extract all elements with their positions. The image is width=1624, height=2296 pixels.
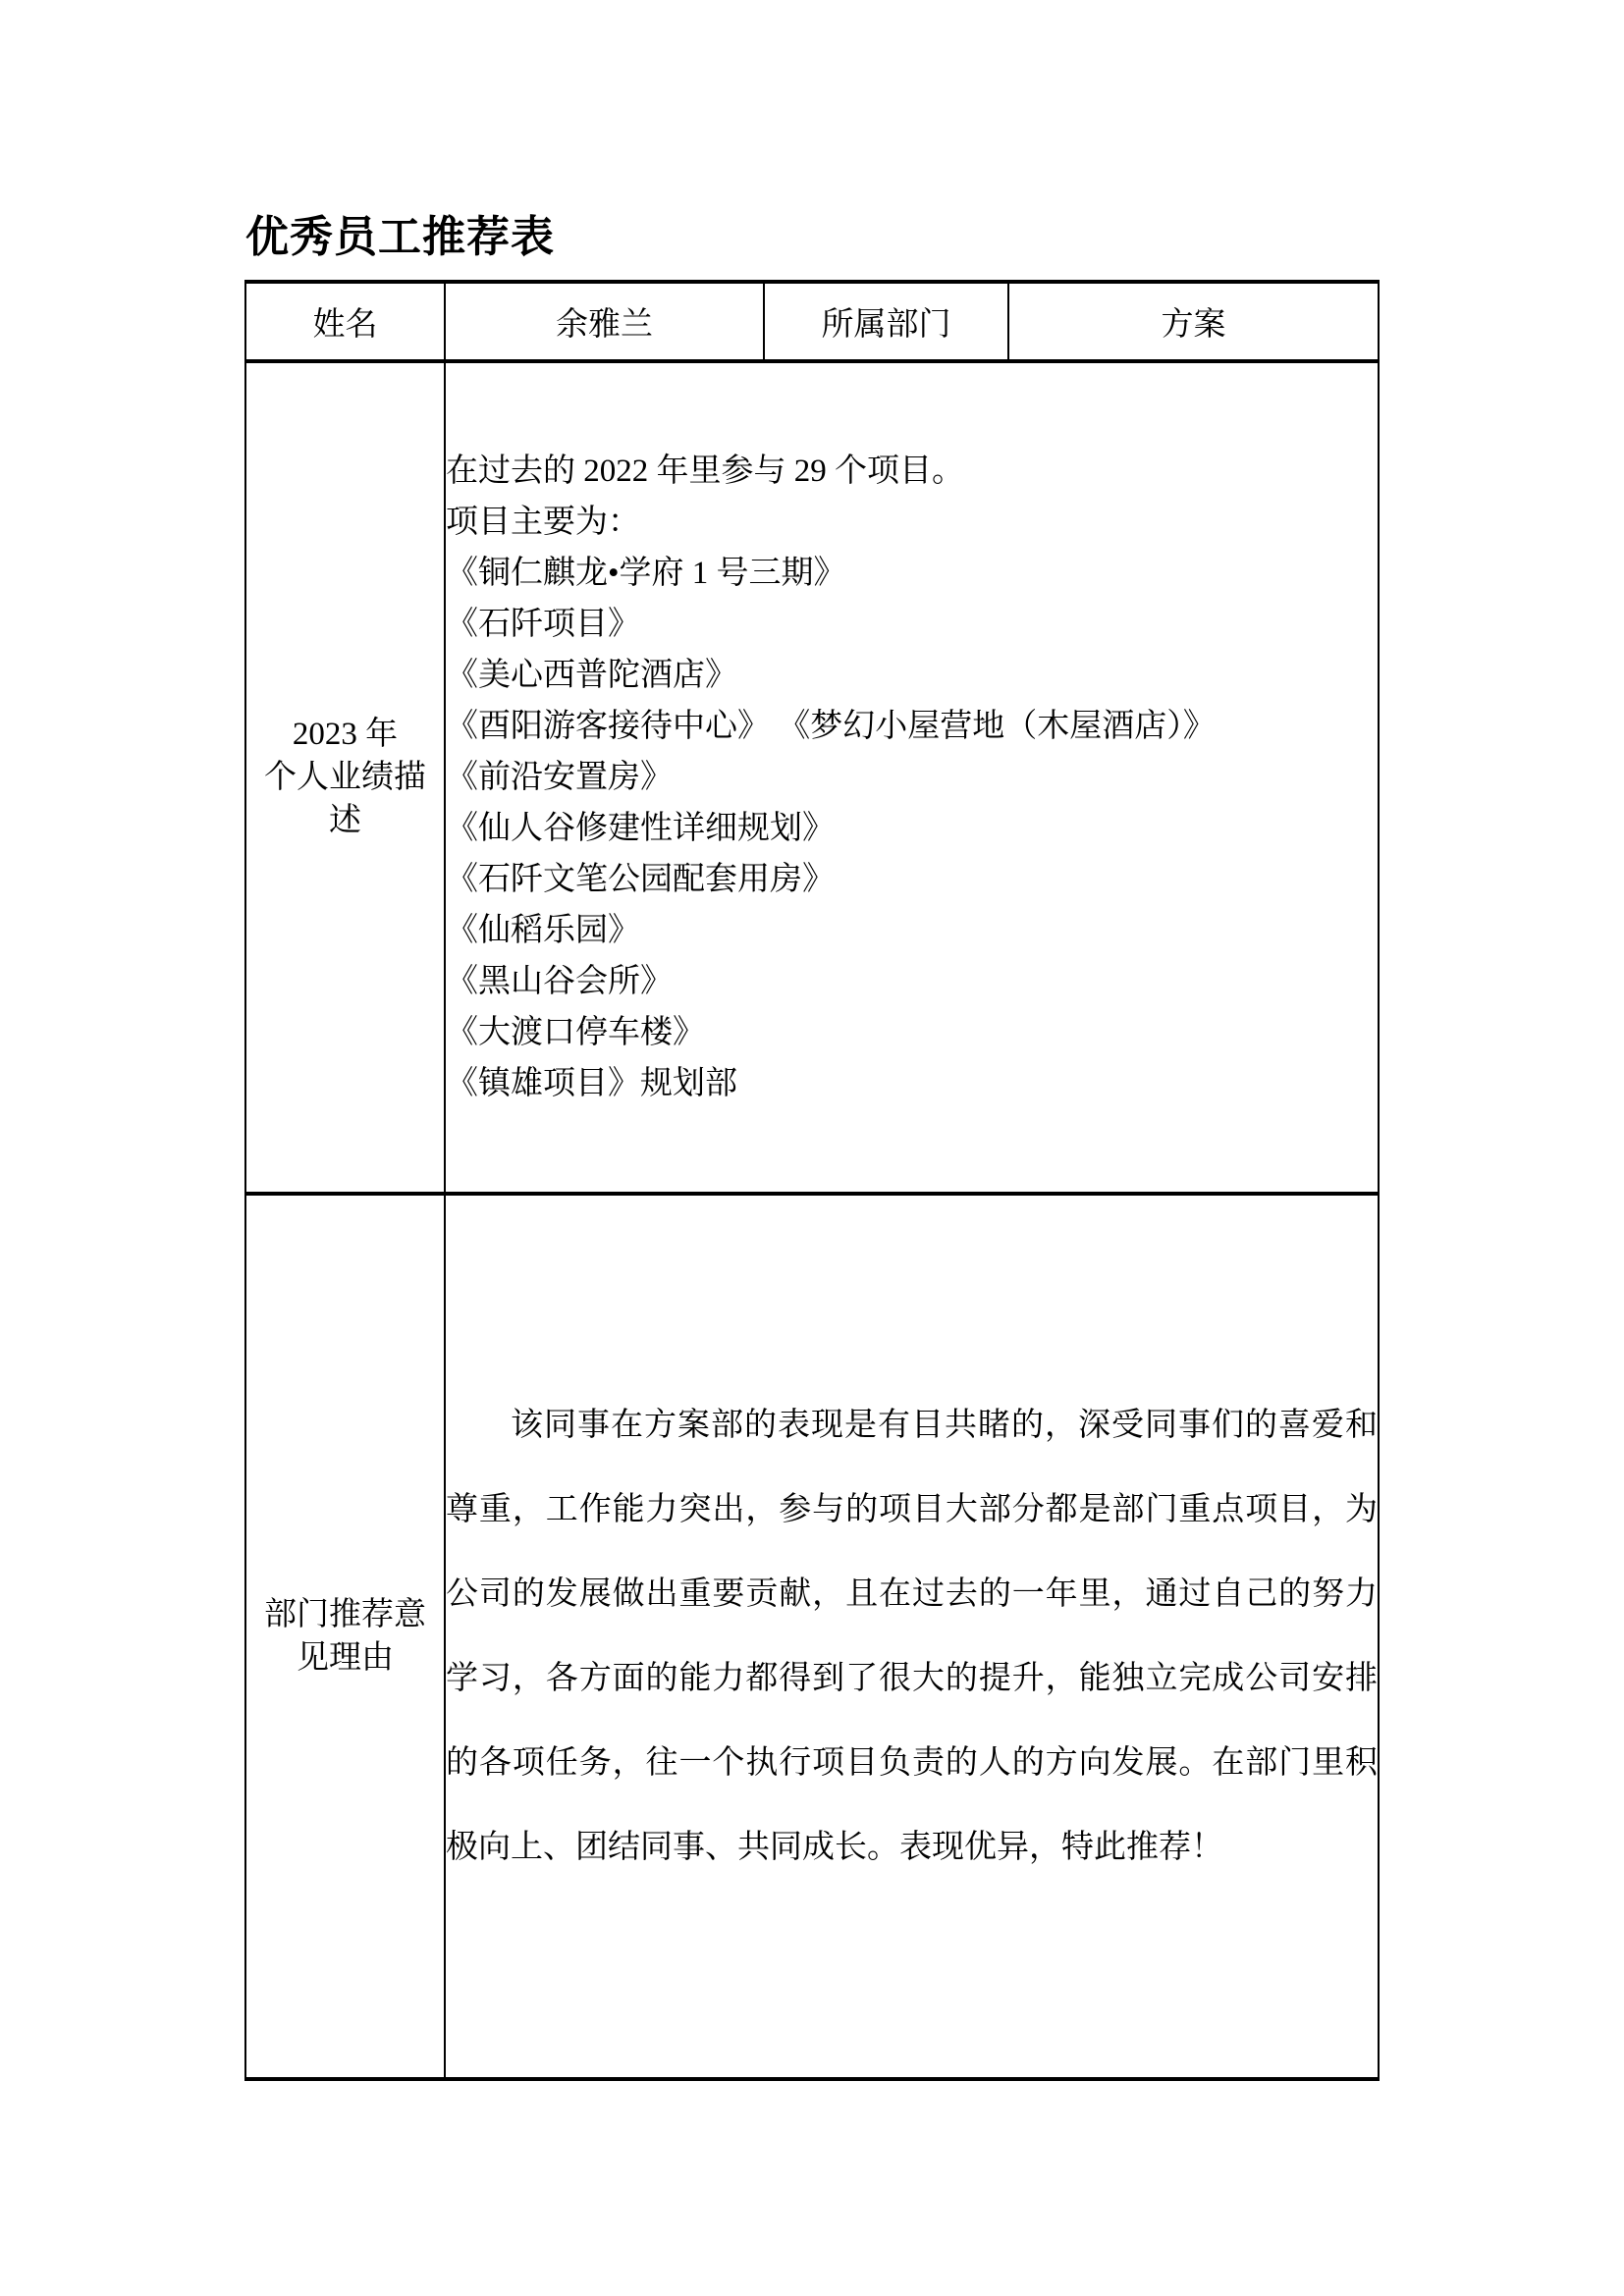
performance-line: 在过去的 2022 年里参与 29 个项目。 xyxy=(446,446,1378,497)
page-title: 优秀员工推荐表 xyxy=(245,201,555,264)
name-label-cell: 姓名 xyxy=(245,282,445,361)
performance-line: 《仙稻乐园》 xyxy=(446,905,1378,956)
performance-line: 《美心西普陀酒店》 xyxy=(446,650,1378,701)
recommendation-row: 部门推荐意 见理由 该同事在方案部的表现是有目共睹的，深受同事们的喜爱和尊重，工… xyxy=(245,1194,1379,2079)
department-label-cell: 所属部门 xyxy=(764,282,1008,361)
name-value-cell: 余雅兰 xyxy=(445,282,764,361)
performance-line: 项目主要为： xyxy=(446,497,1378,548)
performance-line: 《铜仁麒龙•学府 1 号三期》 xyxy=(446,548,1378,599)
department-value-cell: 方案 xyxy=(1008,282,1379,361)
header-row: 姓名 余雅兰 所属部门 方案 xyxy=(245,282,1379,361)
recommendation-row-label-cell: 部门推荐意 见理由 xyxy=(245,1194,445,2079)
performance-line: 《石阡项目》 xyxy=(446,599,1378,650)
recommendation-content-cell: 该同事在方案部的表现是有目共睹的，深受同事们的喜爱和尊重，工作能力突出，参与的项… xyxy=(445,1194,1379,2079)
performance-row: 2023 年 个人业绩描 述 在过去的 2022 年里参与 29 个项目。 项目… xyxy=(245,361,1379,1194)
employee-recommendation-table: 姓名 余雅兰 所属部门 方案 2023 年 个人业绩描 述 在过去的 2022 … xyxy=(244,280,1380,2081)
performance-line: 《前沿安置房》 xyxy=(446,752,1378,803)
performance-line: 《大渡口停车楼》 xyxy=(446,1007,1378,1058)
performance-line: 《黑山谷会所》 xyxy=(446,956,1378,1007)
performance-line: 《镇雄项目》规划部 xyxy=(446,1058,1378,1109)
performance-content-cell: 在过去的 2022 年里参与 29 个项目。 项目主要为： 《铜仁麒龙•学府 1… xyxy=(445,361,1379,1194)
performance-line: 《石阡文笔公园配套用房》 xyxy=(446,854,1378,905)
performance-line: 《仙人谷修建性详细规划》 xyxy=(446,803,1378,854)
performance-row-label-cell: 2023 年 个人业绩描 述 xyxy=(245,361,445,1194)
recommendation-text: 该同事在方案部的表现是有目共睹的，深受同事们的喜爱和尊重，工作能力突出，参与的项… xyxy=(446,1383,1378,1890)
performance-line: 《酉阳游客接待中心》 《梦幻小屋营地（木屋酒店）》 xyxy=(446,701,1378,752)
